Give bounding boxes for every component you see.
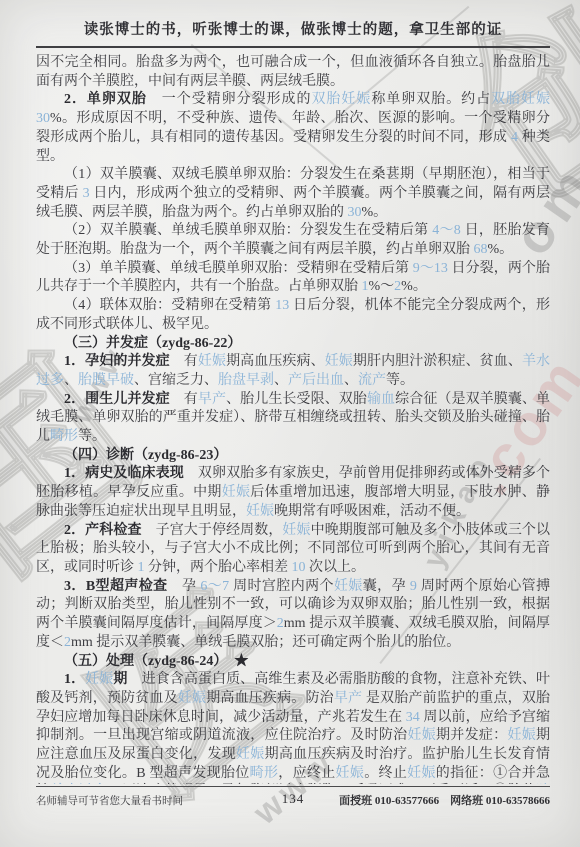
answer-text: 1	[362, 279, 369, 294]
header-slogan: 读张博士的书，听张博士的课，做张博士的题，拿卫生部的证	[36, 18, 550, 39]
paragraph: （4）联体双胎：受精卵在受精第 13 日后分裂，机体不能完全分裂成两个，形成不同…	[36, 297, 550, 334]
body-text: ，应终止	[278, 766, 335, 781]
paragraph: （1）双羊膜囊、双绒毛膜单卵双胎：分裂发生在桑葚期（早期胚泡），相当于受精后 3…	[36, 166, 550, 222]
answer-text: 畸形	[50, 429, 78, 444]
answer-text: 妊娠	[198, 354, 226, 369]
answer-text: 3	[83, 186, 90, 201]
heading-text: 2．单卵双胎	[64, 92, 162, 107]
body-text: 因不完全相同。胎盘多为两个，也可融合成一个，但血液循环各自独立。胎盘胎儿面有两个…	[36, 55, 550, 89]
paragraph: 2．围生儿并发症 有早产、胎儿生长受限、双胎输血综合征（是双羊膜囊、单绒毛膜、单…	[36, 391, 550, 447]
footer-tagline: 名师辅导可节省您大量看书时间	[36, 793, 183, 808]
paragraph: （3）单羊膜囊、单绒毛膜单卵双胎：受精卵在受精后第 9～13 日分裂，两个胎儿共…	[36, 260, 550, 297]
body-text: %～	[369, 279, 395, 294]
answer-text: 10	[292, 560, 306, 575]
answer-text: 早产	[198, 392, 226, 407]
body-text: 晚期常有呼吸困难，活动不便。	[274, 504, 470, 519]
page-header: 读张博士的书，听张博士的课，做张博士的题，拿卫生部的证	[36, 18, 550, 48]
answer-text: 产后出血	[288, 373, 344, 388]
heading-text: 期	[113, 672, 141, 687]
body-text: 期并发症：	[436, 728, 507, 743]
body-text: 一个受精卵分裂形成的	[162, 92, 312, 107]
heading-text: 1．病史及临床表现	[64, 466, 198, 481]
answer-text: 妊娠	[407, 728, 436, 743]
answer-text: 妊娠	[507, 728, 536, 743]
body-text: mm 提示双羊膜囊、单绒毛膜双胎；还可确定两个胎儿的胎位。	[71, 635, 460, 650]
answer-text: 34	[406, 710, 420, 725]
answer-text: 9～13	[413, 261, 448, 276]
document-body: 因不完全相同。胎盘多为两个，也可融合成一个，但血液循环各自独立。胎盘胎儿面有两个…	[36, 54, 550, 784]
heading-text: 1．	[64, 672, 85, 687]
textbook-page: 创 国 医 om www yikao .com www 读张博士的书，听张博士的…	[0, 0, 580, 847]
body-text: 等。	[386, 373, 414, 388]
answer-text: 4	[511, 130, 518, 145]
body-text: %。	[362, 205, 388, 220]
answer-text: 1	[138, 560, 145, 575]
paragraph: （五）处理（zydg-86-24） ★	[36, 653, 550, 672]
body-text: 期肝内胆汁淤积症、贫血、	[353, 354, 522, 369]
body-text: 、宫缩乏力、	[134, 373, 218, 388]
paragraph: 2．产科检查 子宫大于停经周数，妊娠中晚期腹部可触及多个小肢体或三个以上胎极；胎…	[36, 522, 550, 578]
paragraph: 1．孕妇的并发症 有妊娠期高血压疾病、妊娠期肝内胆汁淤积症、贫血、羊水过多、胎膜…	[36, 353, 550, 390]
answer-text: 输血	[367, 392, 395, 407]
body-text: 。终止	[364, 766, 407, 781]
body-text: 等。	[78, 429, 106, 444]
body-text: （3）单羊膜囊、单绒毛膜单卵双胎：受精卵在受精后第	[64, 261, 413, 276]
answer-text: 13	[275, 298, 289, 313]
answer-text: 2	[277, 616, 284, 631]
answer-text: 胎盘早剥	[218, 373, 274, 388]
body-text: 、	[344, 373, 358, 388]
answer-text: 妊娠	[407, 766, 436, 781]
body-text: 期高血压疾病、	[226, 354, 325, 369]
answer-text: 双胎妊娠	[311, 92, 371, 107]
answer-text: 妊娠	[222, 485, 251, 500]
body-text: 子宫大于停经周数，	[156, 523, 283, 538]
body-text: %。	[488, 242, 514, 257]
body-text: 有	[184, 392, 198, 407]
body-text: %。形成原因不明，不受种族、遗传、年龄、胎次、医源的影响。一个受精卵分裂形成两个…	[36, 111, 550, 145]
body-text: %。	[401, 279, 427, 294]
body-text: 次以上。	[306, 560, 366, 575]
heading-text: （四）诊断（zydg-86-23）	[64, 448, 227, 463]
body-text: 囊，孕	[363, 579, 410, 594]
body-text: 期高血压疾病。防治	[206, 691, 334, 706]
paragraph: 因不完全相同。胎盘多为两个，也可融合成一个，但血液循环各自独立。胎盘胎儿面有两个…	[36, 54, 550, 91]
heading-text: （五）处理（zydg-86-24） ★	[64, 654, 248, 669]
heading-text: 3．B型超声检查	[64, 579, 182, 594]
answer-text: 妊娠	[334, 579, 363, 594]
paragraph: 1．病史及临床表现 双卵双胎多有家族史，孕前曾用促排卵药或体外受精多个胚胎移植。…	[36, 465, 550, 521]
body-text: 孕	[182, 579, 200, 594]
paragraph: 2．单卵双胎 一个受精卵分裂形成的双胎妊娠称单卵双胎。约占双胎妊娠 30%。形成…	[36, 91, 550, 166]
page-number: 134	[282, 791, 305, 807]
answer-text: 6～7	[200, 579, 229, 594]
answer-text: 妊娠	[282, 523, 310, 538]
answer-text: 4～8	[432, 223, 461, 238]
answer-text: 流产	[358, 373, 386, 388]
heading-text: 1．孕妇的并发症	[64, 354, 184, 369]
answer-text: 30	[348, 205, 362, 220]
body-text: 周时宫腔内两个	[229, 579, 334, 594]
body-text: 有	[184, 354, 198, 369]
paragraph: 3．B型超声检查 孕 6～7 周时宫腔内两个妊娠囊，孕 9 周时两个原始心管搏动…	[36, 578, 550, 653]
answer-text: 妊娠	[178, 691, 206, 706]
body-text: 、	[64, 373, 78, 388]
body-text: （4）联体双胎：受精卵在受精第	[64, 298, 275, 313]
heading-text: 2．产科检查	[64, 523, 156, 538]
answer-text: 68	[474, 242, 488, 257]
answer-text: 畸形	[250, 766, 279, 781]
paragraph: （2）双羊膜囊、单绒毛膜单卵双胎：分裂发生在受精后第 4～8 日，胚胎发育处于胚…	[36, 222, 550, 259]
page-footer: 名师辅导可节省您大量看书时间 134 面授班 010-63577666 网络班 …	[36, 786, 550, 792]
answer-text: 2	[64, 635, 71, 650]
answer-text: 9	[410, 579, 417, 594]
heading-text: （三）并发症（zydg-86-22）	[64, 336, 241, 351]
body-text: 称单卵双胎。约占	[371, 92, 491, 107]
body-text: 、	[274, 373, 288, 388]
footer-contact: 面授班 010-63577666 网络班 010-63578666	[339, 792, 550, 808]
answer-text: 妊娠	[246, 504, 274, 519]
header-rule	[36, 46, 550, 48]
answer-text: 妊娠	[325, 354, 353, 369]
answer-text: 妊娠	[85, 672, 113, 687]
paragraph: （四）诊断（zydg-86-23）	[36, 447, 550, 466]
answer-text: 胎膜早破	[78, 373, 134, 388]
paragraph: （三）并发症（zydg-86-22）	[36, 335, 550, 354]
paragraph: 1．妊娠期 进食含高蛋白质、高维生素及必需脂肪酸的食物，注意补充铁、叶酸及钙剂，…	[36, 671, 550, 784]
answer-text: 妊娠	[236, 747, 265, 762]
body-text: （2）双羊膜囊、单绒毛膜单卵双胎：分裂发生在受精后第	[64, 223, 432, 238]
body-text: 、胎儿生长受限、双胎	[226, 392, 367, 407]
answer-text: 早产	[334, 691, 362, 706]
body-text: 分钟，两个胎心率相差	[145, 560, 292, 575]
heading-text: 2．围生儿并发症	[64, 392, 184, 407]
answer-text: 妊娠	[336, 766, 365, 781]
body-text: 日内，形成两个独立的受精卵、两个羊膜囊。两个羊膜囊之间，隔有两层绒毛膜、两层羊膜…	[36, 186, 550, 220]
